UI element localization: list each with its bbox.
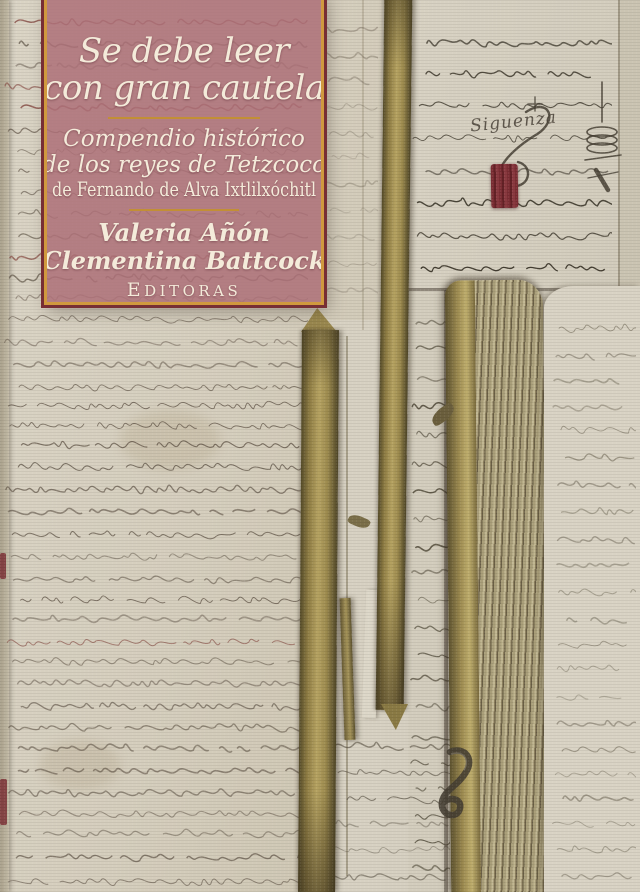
title-line-2: con gran cautela bbox=[44, 70, 324, 107]
gold-rule-top bbox=[108, 117, 260, 119]
editor-name-1: Valeria Añón bbox=[98, 219, 270, 247]
clasp-hook bbox=[432, 746, 480, 824]
subtitle-author-line: de Fernando de Alva Ixtlilxóchitl bbox=[52, 178, 316, 201]
stacked-page-edges bbox=[475, 280, 549, 892]
title-line-1: Se debe leer bbox=[79, 33, 289, 70]
leather-strap-left bbox=[298, 330, 339, 892]
bottom-right-handwriting-2 bbox=[552, 306, 636, 886]
book-cover: Siguenza bbox=[0, 0, 640, 892]
title-panel: Se debe leer con gran cautela Compendio … bbox=[44, 0, 324, 305]
red-leather-patch bbox=[491, 164, 519, 208]
editor-name-2: Clementina Battcock bbox=[44, 247, 324, 275]
faint-handwriting bbox=[322, 8, 378, 298]
gold-rule-bottom bbox=[129, 209, 239, 211]
red-cover-mark bbox=[0, 553, 6, 579]
editors-label: EDITORAS bbox=[127, 279, 242, 302]
subtitle-line-1: Compendio histórico bbox=[63, 126, 305, 152]
signature-flourish bbox=[430, 78, 635, 198]
red-cover-mark bbox=[0, 779, 7, 825]
subtitle-line-2: de los reyes de Tetzcoco bbox=[44, 152, 324, 178]
